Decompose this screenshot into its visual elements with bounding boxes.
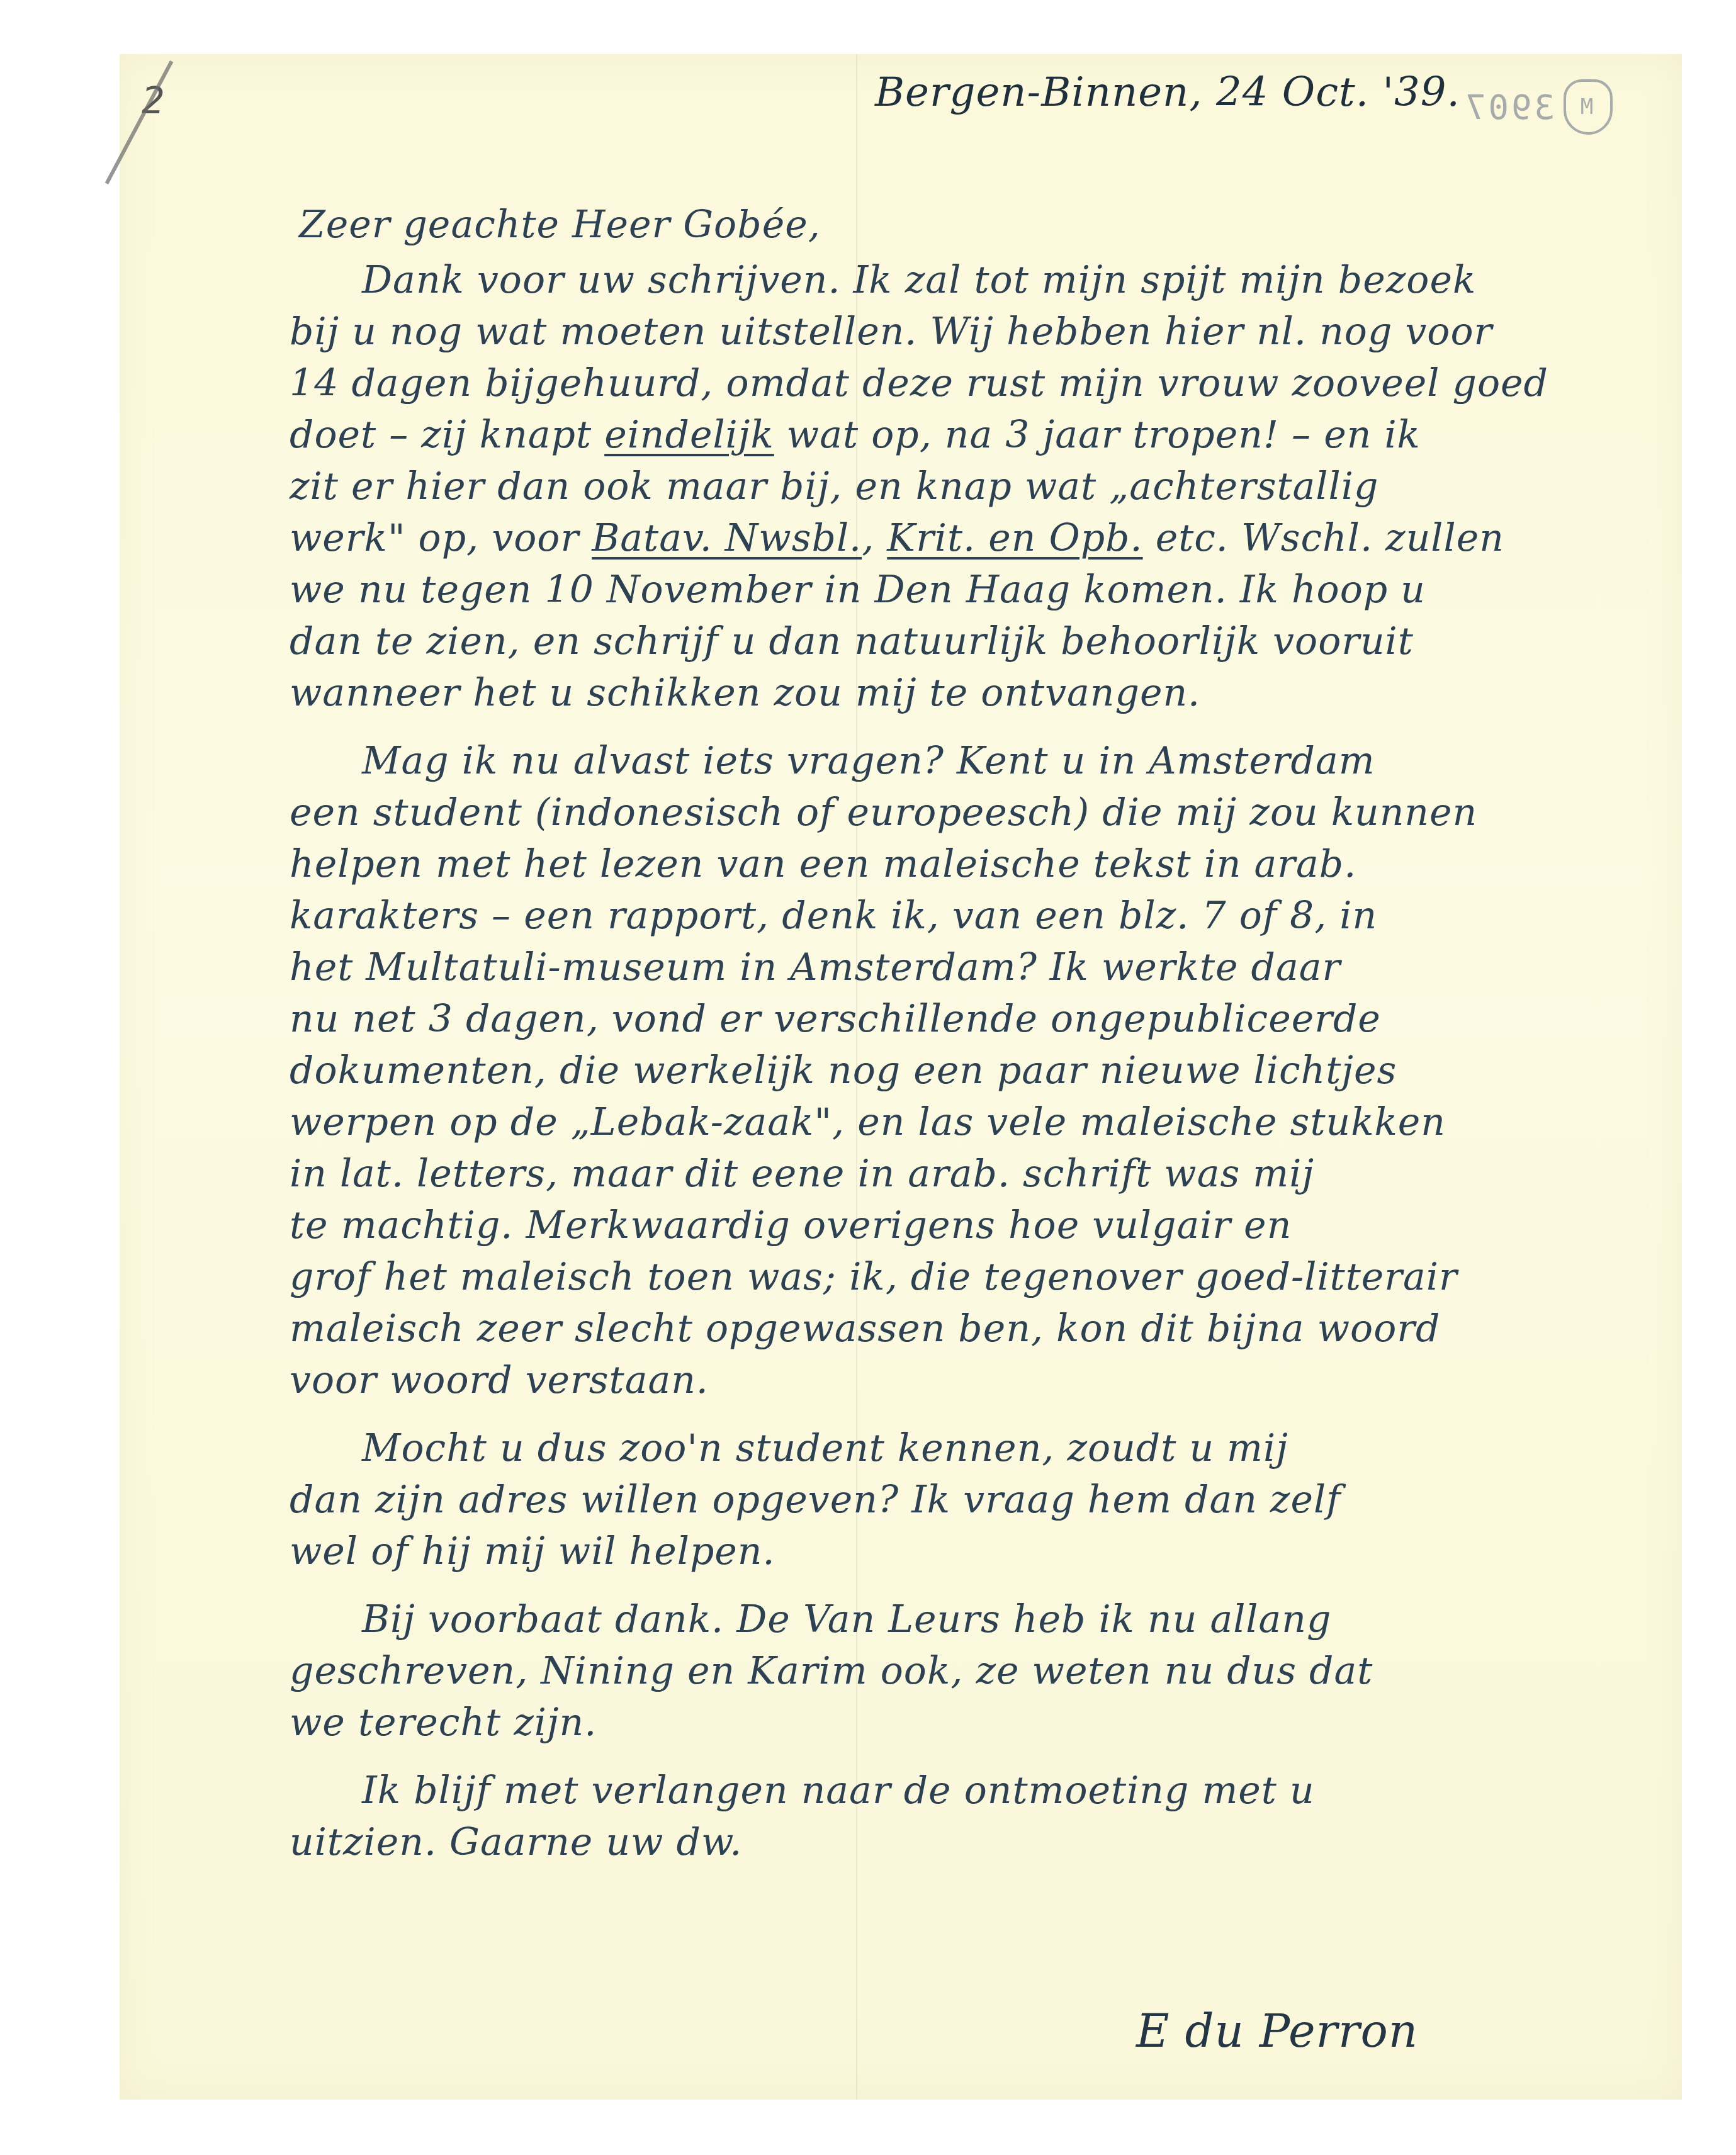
paragraph: Dank voor uw schrijven. Ik zal tot mijn … (290, 254, 1649, 719)
salutation: Zeer geachte Heer Gobée, (299, 199, 821, 250)
archive-monogram-icon: M (1564, 79, 1613, 135)
text-line: dokumenten, die werkelijk nog een paar n… (290, 1045, 1649, 1096)
text-line: we nu tegen 10 November in Den Haag kome… (290, 564, 1649, 616)
paragraph: Bij voorbaat dank. De Van Leurs heb ik n… (290, 1594, 1649, 1748)
archive-stamp-number: 3907 (1463, 87, 1555, 127)
text-line: Mocht u dus zoo'n student kennen, zoudt … (290, 1422, 1649, 1474)
underlined-text: eindelijk (604, 413, 774, 457)
text-line: te machtig. Merkwaardig overigens hoe vu… (290, 1200, 1649, 1251)
text-line: Ik blijf met verlangen naar de ontmoetin… (290, 1765, 1649, 1816)
text-line: in lat. letters, maar dit eene in arab. … (290, 1148, 1649, 1200)
text-line: doet – zij knapt eindelijk wat op, na 3 … (290, 409, 1649, 461)
paragraph: Mag ik nu alvast iets vragen? Kent u in … (290, 735, 1649, 1406)
text-line: wanneer het u schikken zou mij te ontvan… (290, 667, 1649, 719)
text-line: Mag ik nu alvast iets vragen? Kent u in … (290, 735, 1649, 787)
text-line: voor woord verstaan. (290, 1354, 1649, 1406)
text-line: dan zijn adres willen opgeven? Ik vraag … (290, 1474, 1649, 1526)
text-line: geschreven, Nining en Karim ook, ze wete… (290, 1645, 1649, 1697)
text-line: werk" op, voor Batav. Nwsbl., Krit. en O… (290, 512, 1649, 564)
text-line: wel of hij mij wil helpen. (290, 1526, 1649, 1577)
text-line: een student (indonesisch of europeesch) … (290, 787, 1649, 838)
letter-sheet: 2 3907 M Bergen-Binnen, 24 Oct. '39. Zee… (120, 54, 1682, 2100)
text-line: karakters – een rapport, denk ik, van ee… (290, 890, 1649, 942)
pencil-slash-mark (105, 60, 174, 184)
paragraph: Ik blijf met verlangen naar de ontmoetin… (290, 1765, 1649, 1868)
text-line: nu net 3 dagen, vond er verschillende on… (290, 993, 1649, 1045)
text-line: we terecht zijn. (290, 1697, 1649, 1748)
text-line: 14 dagen bijgehuurd, omdat deze rust mij… (290, 357, 1649, 409)
paragraph: Mocht u dus zoo'n student kennen, zoudt … (290, 1422, 1649, 1577)
text-line: grof het maleisch toen was; ik, die tege… (290, 1251, 1649, 1303)
text-line: bij u nog wat moeten uitstellen. Wij heb… (290, 306, 1649, 357)
dateline: Bergen-Binnen, 24 Oct. '39. (875, 67, 1460, 118)
text-line: het Multatuli-museum in Amsterdam? Ik we… (290, 942, 1649, 993)
signature: E du Perron (1136, 2005, 1418, 2057)
text-line: uitzien. Gaarne uw dw. (290, 1816, 1649, 1868)
letter-body: Dank voor uw schrijven. Ik zal tot mijn … (290, 254, 1649, 1868)
underlined-text: Batav. Nwsbl. (592, 516, 862, 560)
text-line: maleisch zeer slecht opgewassen ben, kon… (290, 1303, 1649, 1354)
archive-stamp: 3907 M (1463, 79, 1613, 135)
pencil-page-number: 2 (142, 79, 165, 122)
text-line: dan te zien, en schrijf u dan natuurlijk… (290, 616, 1649, 667)
underlined-text: Krit. en Opb. (887, 516, 1142, 560)
text-line: Bij voorbaat dank. De Van Leurs heb ik n… (290, 1594, 1649, 1645)
text-line: werpen op de „Lebak-zaak", en las vele m… (290, 1096, 1649, 1148)
text-line: Dank voor uw schrijven. Ik zal tot mijn … (290, 254, 1649, 306)
text-line: helpen met het lezen van een maleische t… (290, 838, 1649, 890)
text-line: zit er hier dan ook maar bij, en knap wa… (290, 461, 1649, 512)
